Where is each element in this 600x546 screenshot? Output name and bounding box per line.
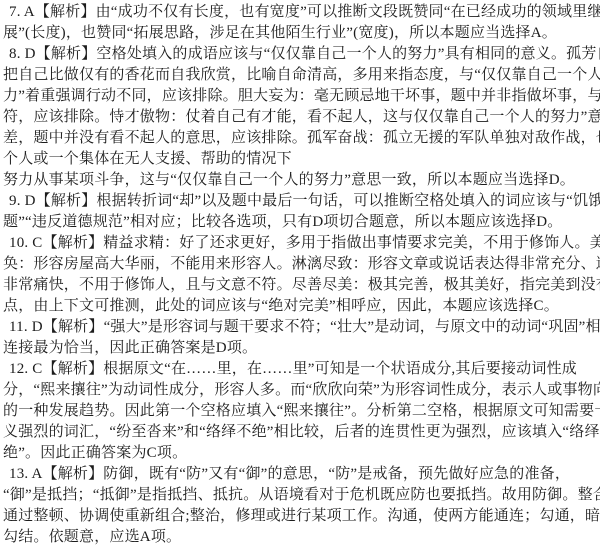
text-line: 非常痛快，不用于修饰人，且与文意不符。尽善尽美：极其完善，极其美好，指完美到没有…: [0, 275, 600, 296]
text-line: 点，由上下文可推测，此处的词应该与“绝对完美”相呼应，因此，本题应该选择C。: [0, 296, 600, 317]
text-line: 12. C【解析】根据原文“在……里，在……里”可知是一个状语成分,其后要接动词…: [0, 359, 600, 380]
text-line: 勾结。依题意，应选A项。: [0, 527, 600, 546]
text-line: 的一种发展趋势。因此第一个空格应填入“熙来攘往”。分析第二空格，根据原文可知需要…: [0, 401, 600, 422]
text-line: 把自己比做仅有的香花而自我欣赏，比喻自命清高，多用来指态度，与“仅仅靠自己一个人…: [0, 65, 600, 86]
text-line: 13. A【解析】防御，既有“防”又有“御”的意思，“防”是戒备，预先做好应急的…: [0, 464, 600, 485]
text-line: 8. D【解析】空格处填入的成语应该与“仅仅靠自己一个人的努力”具有相同的意义。…: [0, 44, 600, 65]
text-line: 绝”。因此正确答案为C项。: [0, 443, 600, 464]
text-line: 连接最为恰当，因此正确答案是D项。: [0, 338, 600, 359]
document-body: 7. A【解析】由“成功不仅有长度，也有宽度”可以推断文段既赞同“在已经成功的领…: [0, 2, 600, 546]
text-line: 10. C【解析】精益求精：好了还求更好，多用于指做出事情要求完美，不用于修饰人…: [0, 233, 600, 254]
text-line: 7. A【解析】由“成功不仅有长度，也有宽度”可以推断文段既赞同“在已经成功的领…: [0, 2, 600, 23]
text-line: 分，“熙来攘往”为动词性成分，形容人多。而“欣欣向荣”为形容词性成分，表示人或事…: [0, 380, 600, 401]
text-line: 通过整顿、协调使重新组合;整治，修理或进行某项工作。沟通，使两方能通连；勾通，暗…: [0, 506, 600, 527]
text-line: 力”着重强调行动不同，应该排除。胆大妄为：毫无顾忌地干坏事，题中并非指做坏事，与…: [0, 86, 600, 107]
text-line: 义强烈的词汇，“纷至沓来”和“络绎不绝”相比较，后者的连贯性更为强烈，应该填入“…: [0, 422, 600, 443]
text-line: 差，题中并没有看不起人的意思，应该排除。孤军奋战：孤立无援的军队单独对敌作战，也…: [0, 128, 600, 149]
text-line: 奂：形容房屋高大华丽，不能用来形容人。淋漓尽致：形容文章或说话表达得非常充分、透…: [0, 254, 600, 275]
text-line: 努力从事某项斗争，这与“仅仅靠自己一个人的努力”意思一致，所以本题应当选择D。: [0, 170, 600, 191]
document-page: 7. A【解析】由“成功不仅有长度，也有宽度”可以推断文段既赞同“在已经成功的领…: [0, 0, 600, 546]
text-line: 题”“违反道德规范”相对应；比较各选项，只有D项切合题意，所以本题应该选择D。: [0, 212, 600, 233]
text-line: 符，应该排除。恃才傲物：仗着自己有才能，看不起人，这与仅仅靠自己一个人的努力”意…: [0, 107, 600, 128]
text-line: 展”(长度)，也赞同“拓展思路，涉足在其他陌生行业”(宽度)，所以本题应当选择A…: [0, 23, 600, 44]
text-line: 9. D【解析】根据转折词“却”以及题中最后一句话，可以推断空格处填入的词应该与…: [0, 191, 600, 212]
text-line: “御”是抵挡；“抵御”是指抵挡、抵抗。从语境看对于危机既应防也要抵挡。故用防御。…: [0, 485, 600, 506]
text-line: 个人或一个集体在无人支援、帮助的情况下: [0, 149, 600, 170]
text-line: 11. D【解析】“强大”是形容词与题干要求不符；“壮大”是动词，与原文中的动词…: [0, 317, 600, 338]
